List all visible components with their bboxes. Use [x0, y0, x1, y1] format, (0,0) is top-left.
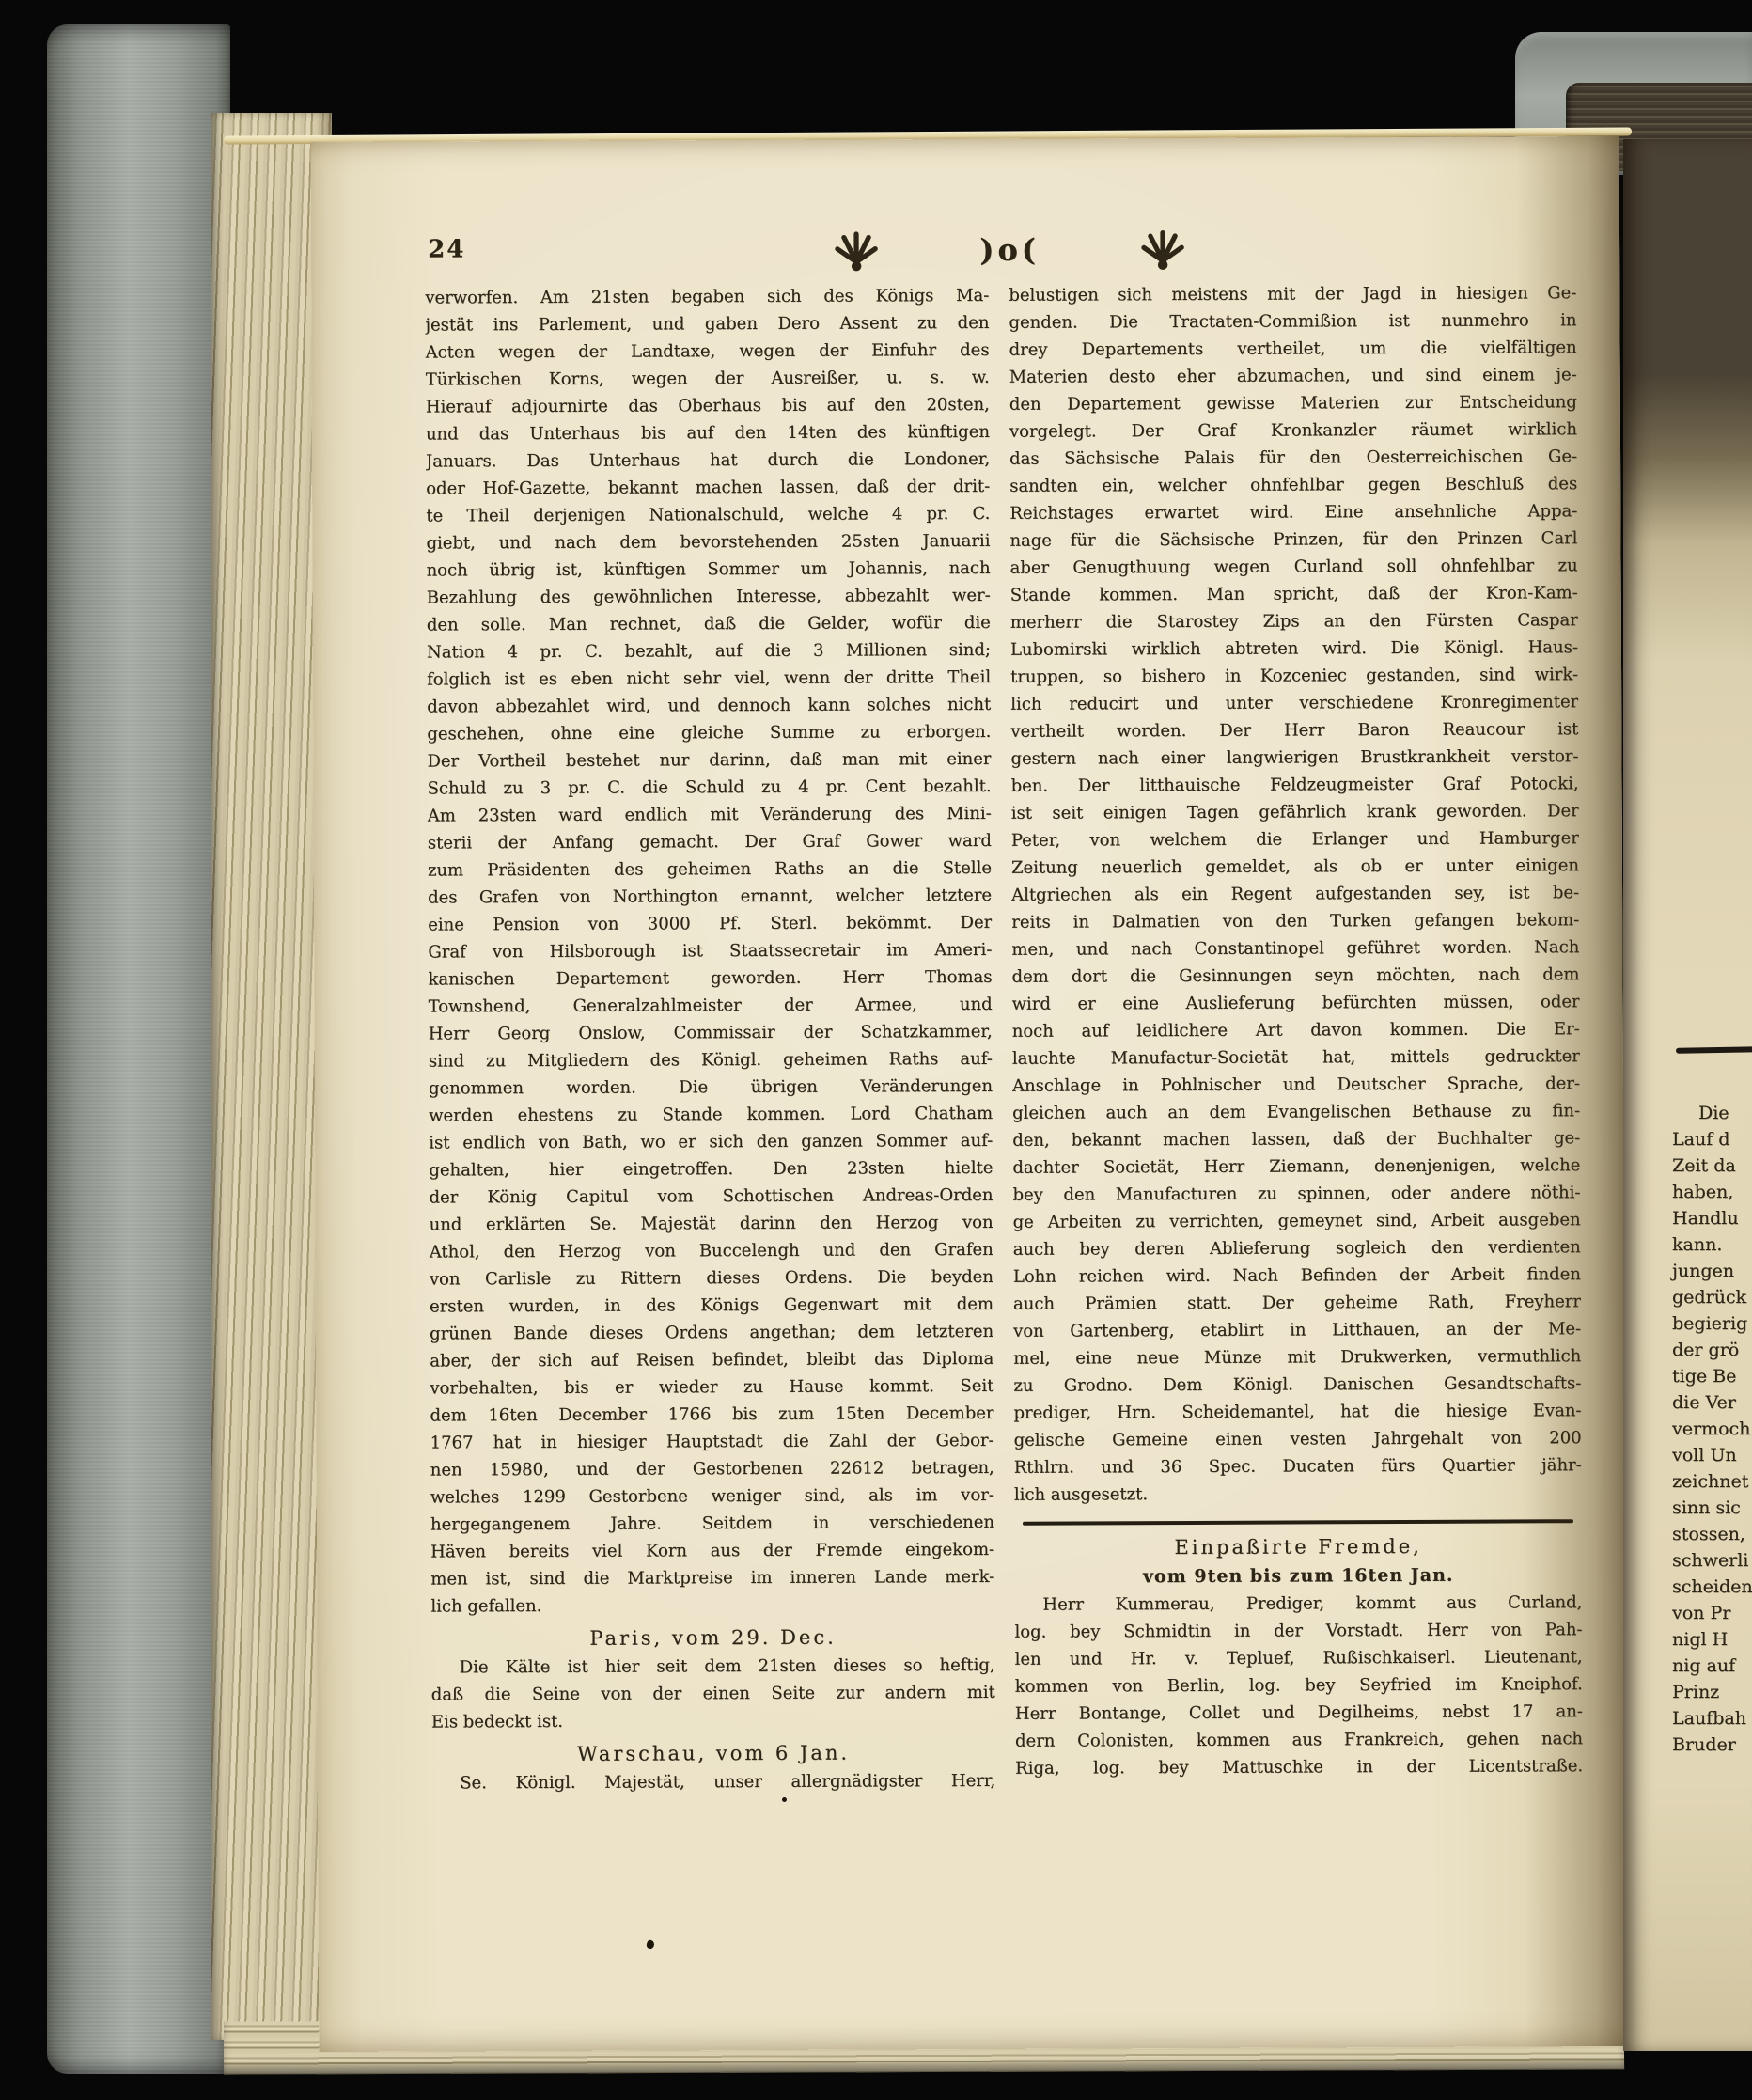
text-line: kanischen Departement geworden. Herr Tho… — [428, 964, 992, 994]
fremde-paragraph: Herr Kummerau, Prediger, kommt aus Curla… — [1014, 1589, 1583, 1782]
text-line: ben. Der litthauische Feldzeugmeister Gr… — [1011, 770, 1579, 800]
text-line: genden. Die Tractaten-Commißion ist nunm… — [1009, 306, 1576, 337]
text-line-fragment: haben, — [1672, 1179, 1752, 1205]
text-line: gestern nach einer langwierigen Brustkra… — [1010, 743, 1578, 773]
text-line-fragment: gedrück — [1672, 1284, 1752, 1310]
text-line: lich ausgesetzt. — [1014, 1479, 1582, 1509]
facing-page-divider-rule — [1676, 1046, 1752, 1054]
text-line: Türkischen Korns, wegen der Ausreißer, u… — [426, 364, 990, 394]
section-divider-rule — [1023, 1519, 1573, 1526]
section-mark: )o( — [979, 232, 1040, 268]
text-line: Herr Bontange, Collet und Degilheims, ne… — [1015, 1698, 1583, 1728]
text-line: davon abbezahlet wird, und dennoch kann … — [427, 691, 991, 721]
text-line: daß die Seine von der einen Seite zur an… — [431, 1679, 995, 1709]
text-line: wird er eine Auslieferung befürchten müs… — [1012, 988, 1580, 1018]
shell-fleuron-icon — [830, 228, 883, 272]
text-line: Herr Georg Onslow, Commissair der Schatz… — [429, 1018, 993, 1048]
text-line-fragment: begierig — [1672, 1310, 1752, 1337]
left-column: verworfen. Am 21sten begaben sich des Kö… — [425, 282, 995, 1797]
text-line: gehalten, hier eingetroffen. Den 23sten … — [429, 1154, 993, 1184]
text-line-fragment: die Ver — [1672, 1389, 1752, 1416]
text-line: kommen von Berlin, log. bey Seyfried im … — [1015, 1670, 1583, 1700]
facing-page-text-fragments: DieLauf dZeit dahaben,Handlukann.jungeng… — [1672, 1100, 1752, 1758]
text-line: Peter, von welchem die Erlanger und Hamb… — [1011, 824, 1579, 854]
book-page: 24 )o( — [311, 136, 1628, 2052]
text-line: giebt, und nach dem bevorstehenden 25ste… — [426, 527, 990, 557]
text-line: aber, der sich auf Reisen befindet, blei… — [430, 1345, 993, 1375]
ink-speck — [782, 1797, 787, 1802]
text-line: welches 1299 Gestorbene weniger sind, al… — [430, 1481, 994, 1512]
text-line-fragment: voll Un — [1672, 1442, 1752, 1468]
text-line: Graf von Hilsborough ist Staatssecretair… — [428, 936, 992, 966]
text-line: Hierauf adjournirte das Oberhaus bis auf… — [426, 391, 990, 421]
text-line: truppen, so bishero in Kozceniec gestand… — [1010, 661, 1578, 691]
text-line: Nation 4 pr. C. bezahlt, auf die 3 Milli… — [427, 636, 991, 666]
text-line: Materien desto eher abzumachen, und sind… — [1009, 361, 1577, 391]
header-ornaments: )o( — [830, 225, 1189, 275]
text-line: belustigen sich meistens mit der Jagd in… — [1009, 279, 1576, 309]
text-line: Januars. Das Unterhaus hat durch die Lon… — [426, 446, 990, 476]
text-line: dern Colonisten, kommen aus Frankreich, … — [1015, 1725, 1583, 1755]
text-line: nen 15980, und der Gestorbenen 22612 bet… — [430, 1454, 994, 1484]
text-line: Der Vortheil bestehet nur darinn, daß ma… — [427, 745, 991, 776]
text-line: gleichen auch an dem Evangelischen Betha… — [1012, 1097, 1580, 1127]
text-line: Se. Königl. Majestät, unser allergnädigs… — [431, 1767, 995, 1797]
text-line: genommen worden. Die übrigen Veränderung… — [429, 1073, 993, 1103]
text-line-fragment: sinn sic — [1672, 1495, 1752, 1521]
text-line-fragment: der grö — [1672, 1337, 1752, 1363]
text-line: und erklärten Se. Majestät darinn den He… — [430, 1209, 993, 1239]
facing-page-strip: DieLauf dZeit dahaben,Handlukann.jungeng… — [1623, 139, 1752, 2051]
text-line: Townshend, Generalzahlmeister der Armee,… — [429, 991, 993, 1021]
text-line-fragment: jungen — [1672, 1258, 1752, 1284]
text-line: Die Kälte ist hier seit dem 21sten diese… — [431, 1652, 995, 1682]
text-line: den, bekannt machen lassen, daß der Buch… — [1012, 1124, 1580, 1154]
text-line: Athol, den Herzog von Buccelengh und den… — [430, 1236, 993, 1266]
text-line: Herr Kummerau, Prediger, kommt aus Curla… — [1014, 1589, 1582, 1619]
text-line: Anschlage in Pohlnischer und Deutscher S… — [1012, 1070, 1580, 1100]
text-line-fragment: nig auf — [1672, 1653, 1752, 1679]
text-line: ersten wurden, in des Königs Gegenwart m… — [430, 1291, 993, 1321]
text-line: len und Hr. v. Tepluef, Rußischkaiserl. … — [1015, 1643, 1583, 1673]
text-line: vertheilt worden. Der Herr Baron Reaucou… — [1010, 715, 1578, 745]
text-line: folglich ist es eben nicht sehr viel, we… — [427, 664, 991, 694]
text-line: aber Genugthuung wegen Curland soll ohnf… — [1009, 552, 1577, 582]
text-line: Häven bereits viel Korn aus der Fremde e… — [430, 1536, 994, 1566]
text-line: log. bey Schmidtin in der Vorstadt. Herr… — [1014, 1616, 1582, 1646]
text-line: sandten ein, welcher ohnfehlbar gegen Be… — [1009, 470, 1577, 500]
text-line: von Gartenberg, etablirt in Litthauen, a… — [1013, 1315, 1581, 1345]
text-line: ist endlich von Bath, wo er sich den gan… — [429, 1127, 993, 1157]
text-line: das Sächsische Palais für den Oesterreic… — [1009, 443, 1577, 473]
text-line-fragment: Lauf d — [1672, 1126, 1752, 1152]
text-line-fragment: Handlu — [1672, 1205, 1752, 1231]
warschau-paragraph: Se. Königl. Majestät, unser allergnädigs… — [431, 1767, 995, 1797]
text-line: gelische Gemeine einen vesten Jahrgehalt… — [1014, 1424, 1582, 1454]
text-line: verworfen. Am 21sten begaben sich des Kö… — [425, 282, 989, 312]
text-line-fragment: Bruder — [1672, 1732, 1752, 1758]
text-line: oder Hof-Gazette, bekannt machen lassen,… — [426, 473, 990, 503]
text-line: grünen Bande dieses Ordens angethan; dem… — [430, 1318, 993, 1348]
text-line: lich reducirt und unter verschiedene Kro… — [1010, 688, 1578, 718]
text-line: Eis bedeckt ist. — [431, 1706, 995, 1736]
text-line-fragment: tige Be — [1672, 1363, 1752, 1389]
text-line-fragment: schwerli — [1672, 1547, 1752, 1574]
text-line: drey Departements vertheilet, um die vie… — [1009, 334, 1576, 364]
text-line: ist seit einigen Tagen gefährlich krank … — [1011, 797, 1579, 827]
text-line: merherr die Starostey Zips an den Fürste… — [1010, 606, 1578, 636]
text-line: 1767 hat in hiesiger Hauptstadt die Zahl… — [430, 1427, 994, 1457]
text-line: Bezahlung des gewöhnlichen Interesse, ab… — [427, 582, 991, 612]
text-line-fragment: Die — [1672, 1100, 1752, 1126]
text-line: men ist, sind die Marktpreise im inneren… — [430, 1563, 994, 1593]
text-line-fragment: kann. — [1672, 1231, 1752, 1258]
text-line: Schuld zu 3 pr. C. die Schuld zu 4 pr. C… — [428, 773, 992, 803]
text-line: mel, eine neue Münze mit Drukwerken, ver… — [1013, 1342, 1581, 1372]
shell-fleuron-icon — [1136, 227, 1189, 271]
text-line: prediger, Hrn. Scheidemantel, hat die hi… — [1013, 1397, 1581, 1427]
text-line-fragment: vermoch — [1672, 1416, 1752, 1442]
text-line-fragment: Laufbah — [1672, 1705, 1752, 1732]
text-line: sterii der Anfang gemacht. Der Graf Gowe… — [428, 827, 992, 857]
text-line: noch übrig ist, künftigen Sommer um Joha… — [427, 555, 991, 585]
text-line: men, und nach Constantinopel geführet wo… — [1011, 933, 1579, 964]
text-line: lauchte Manufactur-Societät hat, mittels… — [1012, 1042, 1580, 1073]
text-line: eine Pension von 3000 Pf. Sterl. bekömmt… — [428, 909, 992, 939]
section-heading-warschau: Warschau, vom 6 Jan. — [431, 1737, 995, 1770]
text-line: dem dort die Gesinnungen seyn möchten, n… — [1011, 961, 1579, 991]
text-line: Rthlrn. und 36 Spec. Ducaten fürs Quarti… — [1014, 1451, 1582, 1481]
text-line: auch Prämien statt. Der geheime Rath, Fr… — [1013, 1288, 1581, 1318]
text-line: dachter Societät, Herr Ziemann, denenjen… — [1012, 1152, 1580, 1182]
text-line: zum Präsidenten des geheimen Raths an di… — [428, 854, 992, 885]
text-line: noch auf leidlichere Art davon kommen. D… — [1012, 1015, 1580, 1045]
text-line: den solle. Man rechnet, daß die Gelder, … — [427, 609, 991, 639]
left-column-body: verworfen. Am 21sten begaben sich des Kö… — [425, 282, 994, 1621]
section-heading-paris: Paris, vom 29. Dec. — [430, 1622, 994, 1654]
text-line: auch bey deren Ablieferung sogleich den … — [1013, 1233, 1581, 1263]
text-line: dem 16ten December 1766 bis zum 15ten De… — [430, 1400, 993, 1430]
text-line: Stande kommen. Man spricht, daß der Kron… — [1010, 579, 1578, 609]
text-line: reits in Dalmatien von den Turken gefang… — [1011, 906, 1579, 936]
paris-paragraph: Die Kälte ist hier seit dem 21sten diese… — [431, 1652, 995, 1736]
text-line-fragment: Prinz — [1672, 1679, 1752, 1705]
text-line: Zeitung neuerlich gemeldet, als ob er un… — [1011, 852, 1579, 882]
text-line: des Grafen von Northington ernannt, welc… — [428, 882, 992, 912]
text-line-fragment: zeichnet — [1672, 1468, 1752, 1495]
text-line: bey den Manufacturen zu spinnen, oder an… — [1012, 1179, 1580, 1209]
text-line: den Departement gewisse Materien zur Ent… — [1009, 388, 1577, 418]
text-line: Acten wegen der Landtaxe, wegen der Einf… — [425, 337, 989, 367]
text-line: geschehen, ohne eine gleiche Summe zu er… — [427, 718, 991, 748]
scanned-book-photo: 24 )o( — [0, 0, 1752, 2100]
right-column-body: belustigen sich meistens mit der Jagd in… — [1009, 279, 1582, 1509]
text-line: von Carlisle zu Rittern dieses Ordens. D… — [430, 1263, 993, 1293]
text-line-fragment: von Pr — [1672, 1600, 1752, 1626]
text-line-fragment: Zeit da — [1672, 1152, 1752, 1179]
text-line: vorbehalten, bis er wieder zu Hause komm… — [430, 1372, 993, 1403]
page-number: 24 — [428, 235, 465, 263]
right-column: belustigen sich meistens mit der Jagd in… — [1009, 279, 1583, 1782]
text-line: Am 23sten ward endlich mit Veränderung d… — [428, 800, 992, 830]
text-line: Altgriechen als ein Regent aufgestanden … — [1011, 879, 1579, 909]
text-line: Reichstages erwartet wird. Eine ansehnli… — [1009, 497, 1577, 527]
text-line: Riga, log. bey Mattuschke in der Licents… — [1015, 1752, 1583, 1782]
text-line: te Theil derjenigen Nationalschuld, welc… — [426, 500, 990, 530]
text-line: und das Unterhaus bis auf den 14ten des … — [426, 418, 990, 448]
text-line: vorgelegt. Der Graf Kronkanzler räumet w… — [1009, 415, 1577, 446]
text-line: hergegangenem Jahre. Seitdem in verschie… — [430, 1509, 994, 1539]
text-line-fragment: stossen, — [1672, 1521, 1752, 1547]
text-line: zu Grodno. Dem Königl. Danischen Gesandt… — [1013, 1370, 1581, 1400]
section-subheading-fremde: vom 9ten bis zum 16ten Jan. — [1014, 1560, 1582, 1591]
text-line: ge Arbeiten zu verrichten, gemeynet sind… — [1013, 1206, 1581, 1236]
text-line: Lohn reichen wird. Nach Befinden der Arb… — [1013, 1261, 1581, 1291]
text-line: der König Capitul vom Schottischen Andre… — [429, 1182, 993, 1212]
text-line-fragment: nigl H — [1672, 1626, 1752, 1653]
section-heading-fremde: Einpaßirte Fremde, — [1014, 1530, 1582, 1563]
text-line: werden ehestens zu Stande kommen. Lord C… — [429, 1100, 993, 1130]
text-line-fragment: scheiden — [1672, 1574, 1752, 1600]
text-line: jestät ins Parlement, und gaben Dero Ass… — [425, 309, 989, 339]
text-line: nage für die Sächsische Prinzen, für den… — [1009, 525, 1577, 555]
text-line: sind zu Mitgliedern des Königl. geheimen… — [429, 1045, 993, 1075]
book-cover-left — [47, 24, 230, 2074]
text-line: Lubomirski wirklich abtreten wird. Die K… — [1010, 634, 1578, 664]
text-line: lich gefallen. — [430, 1591, 994, 1621]
